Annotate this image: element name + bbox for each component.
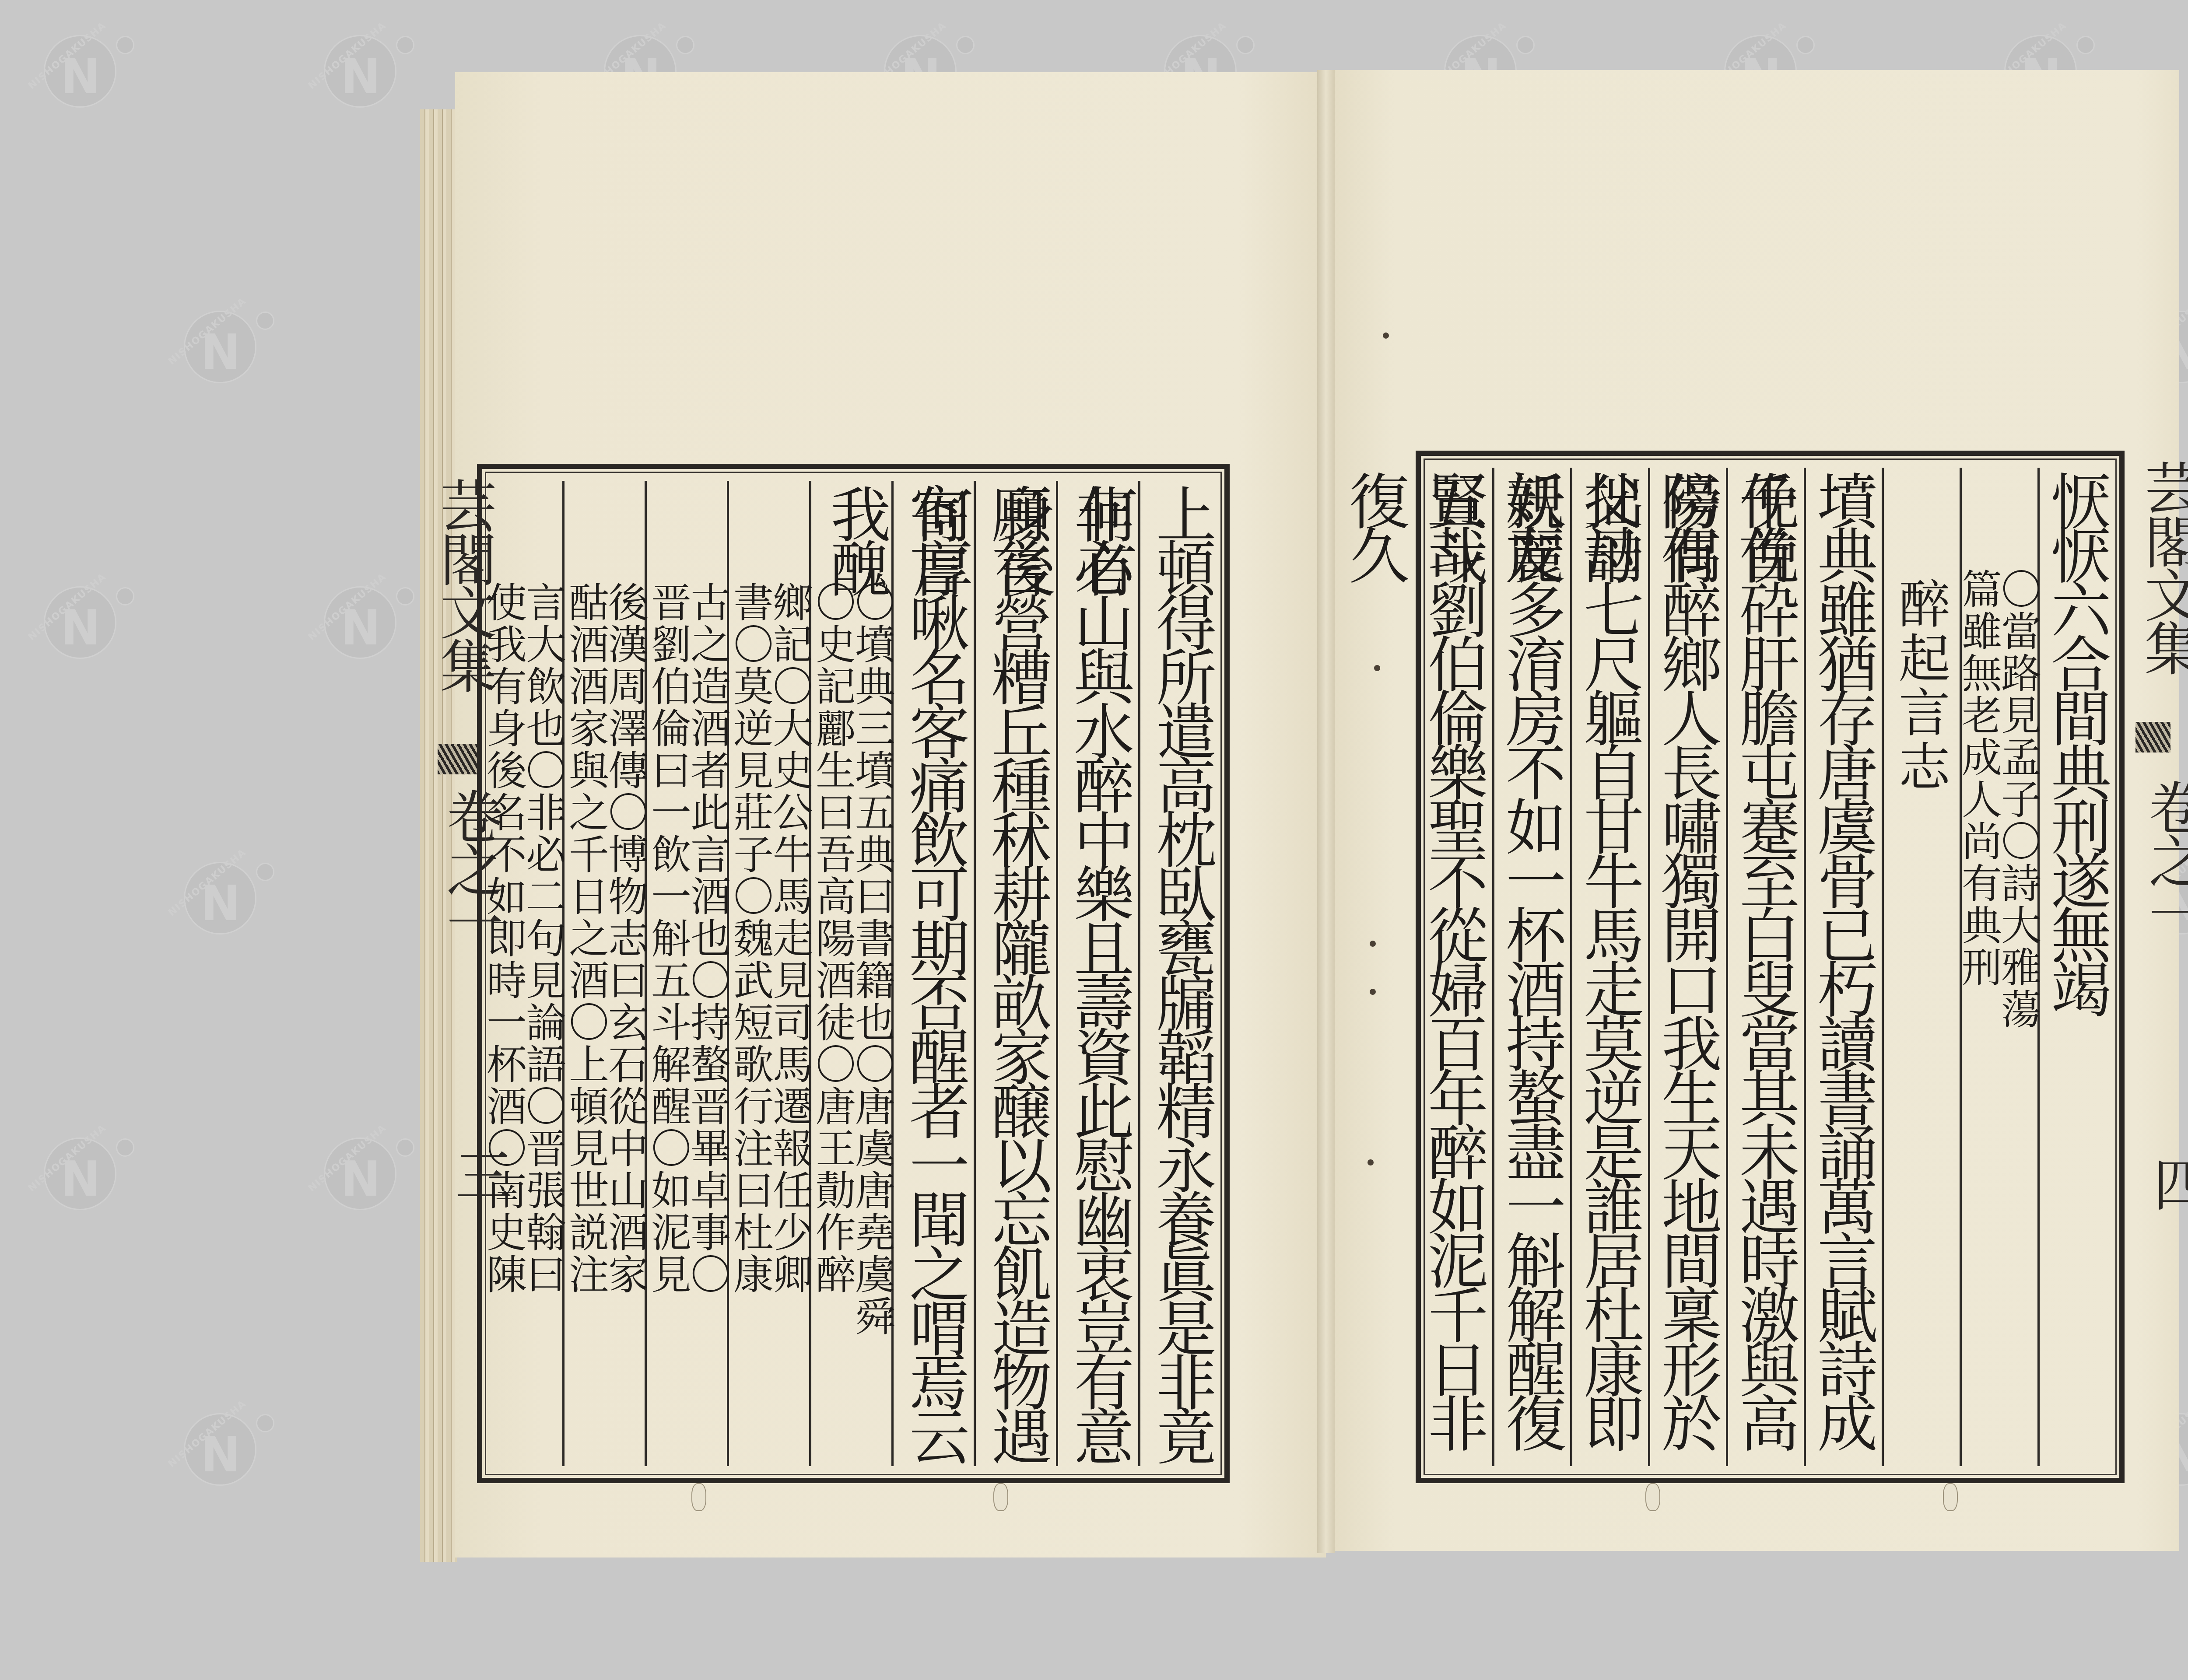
text-column-main: 非必山與水醉中樂且壽資此慰幽衷豈有意身後 — [1056, 481, 1138, 1466]
binding-hole — [1370, 989, 1376, 995]
text-column-note: 古之造酒者此言酒也〇持螯晋畢卓事〇晋劉伯倫曰一飲一斛五斗解醒〇如泥見 — [645, 481, 727, 1466]
annotation-line: 言大飲也〇非必二句見論語〇晋張翰曰 — [523, 581, 562, 1466]
binding-hole — [1367, 1159, 1374, 1165]
text-column-main: 拙訥七尺軀自甘牛馬走莫逆是誰居杜康即親友 — [1570, 468, 1648, 1466]
text-column-main: 賢哉劉伯倫樂聖不從婦百年醉如泥千日非復久 — [1414, 468, 1492, 1466]
annotation-line: 後漢周澤傳〇博物志曰玄石從中山酒家 — [605, 581, 645, 1466]
text-column-main: 妖麗多淯房不如一杯酒持螯盡一斛解醒復五斗 — [1492, 468, 1570, 1466]
text-column-note: 言大飲也〇非必二句見論語〇晋張翰曰使我有身後名不如即時一杯酒〇南史陳 — [480, 481, 562, 1466]
annotation-line: 古之造酒者此言酒也〇持螯晋畢卓事〇 — [687, 581, 727, 1466]
binding-thread — [691, 1483, 706, 1511]
right-hanshin: 芸閣文集 — [2135, 459, 2188, 673]
text-column-main: 願言營糟丘種秫耕隴畝家醸以忘飢造物遇何厚 — [974, 481, 1056, 1466]
text-column-main: 恹恹六合間典刑遂無竭 — [2037, 468, 2115, 1466]
annotation-line: 書〇莫逆見莊子〇魏武短歌行注曰杜康 — [730, 581, 770, 1466]
text-column-main: 墳典雖猶存唐虞骨已朽讀書誦萬言賦詩成千首 — [1804, 468, 1882, 1466]
watermark-logo-icon: NNISHOGAKUSHA — [306, 560, 407, 661]
text-column-main: 上頓得所遣高枕臥甕牖韜精永養眞是非竟何有 — [1138, 481, 1220, 1466]
annotation-line: 鄉記〇大史公牛馬走見司馬遷報任少卿 — [770, 581, 809, 1466]
text-column-note: 〇墳典三墳五典曰書籍也〇唐虞唐堯虞舜〇史記酈生曰吾高陽酒徒〇唐王勣作醉 — [809, 481, 891, 1466]
text-column-main: 傍有醉鄉人長嘯獨開口我生天地間稟形於父母 — [1648, 468, 1726, 1466]
annotation-line: 〇史記酈生曰吾高陽酒徒〇唐王勣作醉 — [813, 581, 852, 1466]
watermark-logo-icon: NNISHOGAKUSHA — [166, 1387, 267, 1487]
text-column-note: 〇當路見孟子〇詩大雅蕩篇雖無老成人尚有典刑 — [1960, 468, 2037, 1466]
annotation-line: 使我有身後名不如即時一杯酒〇南史陳 — [484, 581, 523, 1466]
right-hanshin-title: 芸閣文集 — [2135, 459, 2188, 673]
binding-hole — [1370, 941, 1376, 947]
annotation-line: 〇當路見孟子〇詩大雅蕩 — [1998, 568, 2037, 1466]
text-column-note: 鄉記〇大史公牛馬走見司馬遷報任少卿書〇莫逆見莊子〇魏武短歌行注曰杜康 — [727, 481, 809, 1466]
binding-thread — [993, 1483, 1008, 1511]
binding-hole — [1383, 332, 1389, 339]
book-gutter — [1317, 70, 1335, 1553]
text-column-main: 俛俛砕肝膽屯蹇至白叟當其未遇時激與高陽偶 — [1726, 468, 1804, 1466]
watermark-logo-icon: NNISHOGAKUSHA — [306, 9, 407, 109]
watermark-logo-icon: NNISHOGAKUSHA — [26, 1111, 127, 1212]
right-fish-tail-icon — [2135, 722, 2170, 752]
watermark-logo-icon: NNISHOGAKUSHA — [166, 284, 267, 385]
annotation-line: 晋劉伯倫曰一飲一斛五斗解醒〇如泥見 — [648, 581, 687, 1466]
binding-thread — [1645, 1483, 1660, 1511]
left-fish-tail-icon — [438, 744, 477, 774]
text-column-note: 後漢周澤傳〇博物志曰玄石從中山酒家酤酒酒家與之千日之酒〇上頓見世説注 — [562, 481, 645, 1466]
binding-thread — [1943, 1483, 1958, 1511]
right-hanshin-volume: 卷之一 — [2140, 779, 2188, 939]
watermark-logo-icon: NNISHOGAKUSHA — [26, 560, 127, 661]
right-text-frame: 恹恹六合間典刑遂無竭〇當路見孟子〇詩大雅蕩篇雖無老成人尚有典刑醉起言志墳典雖猶存… — [1416, 451, 2125, 1483]
annotation-line: 〇墳典三墳五典曰書籍也〇唐虞唐堯虞舜 — [852, 581, 891, 1466]
left-text-frame: 上頓得所遣高枕臥甕牖韜精永養眞是非竟何有非必山與水醉中樂且壽資此慰幽衷豈有意身後… — [477, 464, 1230, 1483]
annotation-line: 酤酒酒家與之千日之酒〇上頓見世説注 — [566, 581, 605, 1466]
annotation-line: 篇雖無老成人尚有典刑 — [1959, 568, 1998, 1466]
text-column-title: 醉起言志 — [1882, 468, 1960, 1466]
watermark-logo-icon: NNISHOGAKUSHA — [306, 1111, 407, 1212]
watermark-logo-icon: NNISHOGAKUSHA — [166, 836, 267, 936]
text-column-main: 寄言啾名客痛飲可期否醒者一聞之喟焉云我醜 — [891, 481, 974, 1466]
watermark-logo-icon: NNISHOGAKUSHA — [26, 9, 127, 109]
right-folio: 四 — [2144, 1155, 2188, 1208]
binding-hole — [1374, 665, 1380, 671]
